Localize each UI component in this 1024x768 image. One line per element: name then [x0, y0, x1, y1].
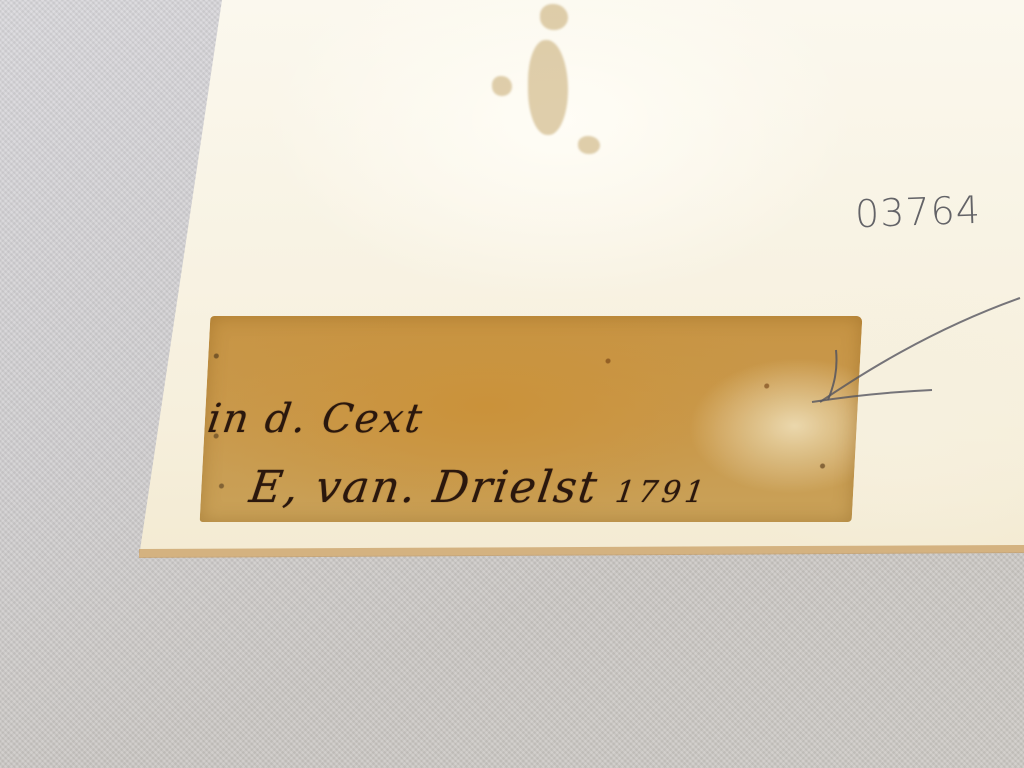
pencil-arrow-icon: [0, 0, 1024, 768]
